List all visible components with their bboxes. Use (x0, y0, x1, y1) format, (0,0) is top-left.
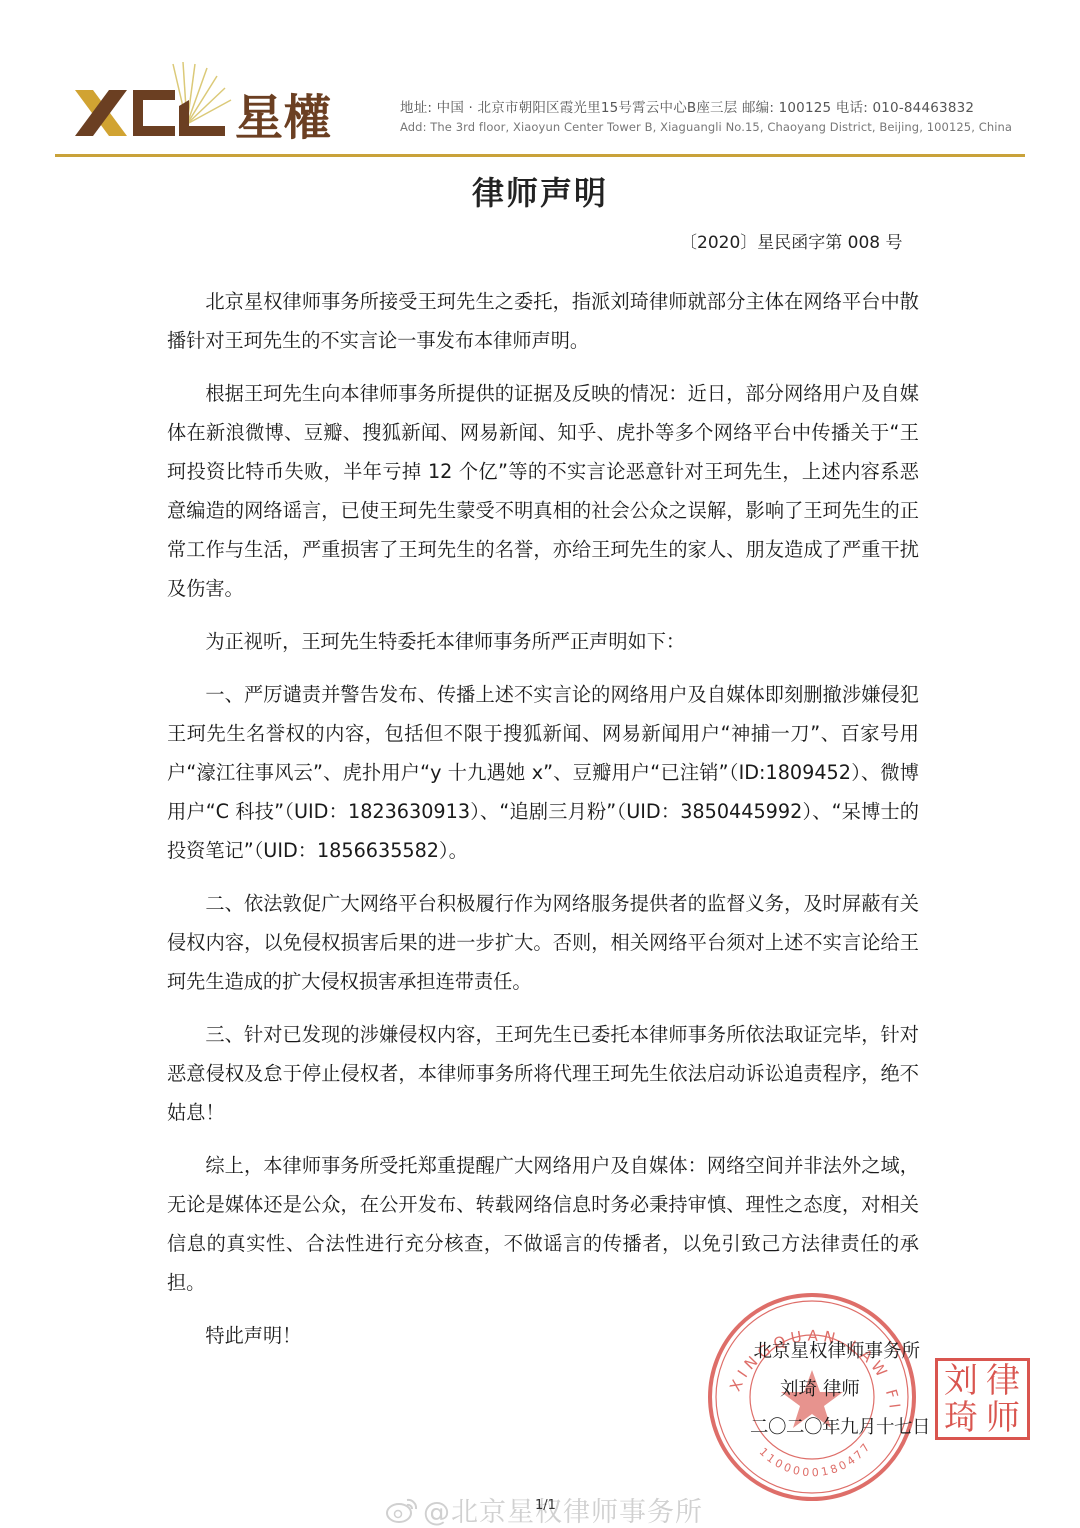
address-english: Add: The 3rd floor, Xiaoyun Center Tower… (400, 120, 1012, 134)
page-number: 1/1 (535, 1498, 556, 1513)
address-chinese: 地址: 中国 · 北京市朝阳区霞光里15号霄云中心B座三层 邮编: 100125… (400, 96, 974, 116)
seal-char: 刘 (944, 1364, 978, 1398)
paragraph-facts: 根据王珂先生向本律师事务所提供的证据及反映的情况：近日，部分网络用户及自媒体在新… (167, 374, 919, 608)
paragraph-intro: 北京星权律师事务所接受王珂先生之委托，指派刘琦律师就部分主体在网络平台中散播针对… (167, 282, 919, 360)
weibo-icon (385, 1496, 419, 1528)
reference-number: 〔2020〕星民函字第 008 号 (680, 228, 903, 253)
seal-char: 师 (986, 1401, 1020, 1435)
seal-char: 琦 (944, 1401, 978, 1435)
document-title: 律师声明 (0, 168, 1080, 214)
paragraph-point-2: 二、依法敦促广大网络平台积极履行作为网络服务提供者的监督义务，及时屏蔽有关侵权内… (167, 884, 919, 1001)
company-logo: 星權 (75, 62, 355, 142)
paragraph-point-1: 一、严厉谴责并警告发布、传播上述不实言论的网络用户及自媒体即刻删撤涉嫌侵犯王珂先… (167, 675, 919, 870)
letterhead: 星權 地址: 中国 · 北京市朝阳区霞光里15号霄云中心B座三层 邮编: 100… (0, 0, 1080, 160)
signature-date: 二〇二〇年九月十七日 (700, 1409, 930, 1447)
signature-block: 北京星权律师事务所 刘琦 律师 二〇二〇年九月十七日 (700, 1333, 930, 1447)
signature-lawyer: 刘琦 律师 (700, 1371, 930, 1409)
signature-firm: 北京星权律师事务所 (700, 1333, 930, 1371)
svg-text:星權: 星權 (235, 90, 331, 142)
square-lawyer-seal: 律 师 刘 琦 (935, 1358, 1030, 1440)
header-divider (55, 154, 1025, 157)
document-body: 北京星权律师事务所接受王珂先生之委托，指派刘琦律师就部分主体在网络平台中散播针对… (167, 282, 919, 1369)
paragraph-point-3: 三、针对已发现的涉嫌侵权内容，王珂先生已委托本律师事务所依法取证完毕，针对恶意侵… (167, 1015, 919, 1132)
paragraph-summary: 综上，本律师事务所受托郑重提醒广大网络用户及自媒体：网络空间并非法外之域，无论是… (167, 1146, 919, 1302)
paragraph-declaration-lead: 为正视听，王珂先生特委托本律师事务所严正声明如下： (167, 622, 919, 661)
seal-char: 律 (986, 1364, 1020, 1398)
watermark-text: @北京星权律师事务所 (423, 1497, 703, 1528)
